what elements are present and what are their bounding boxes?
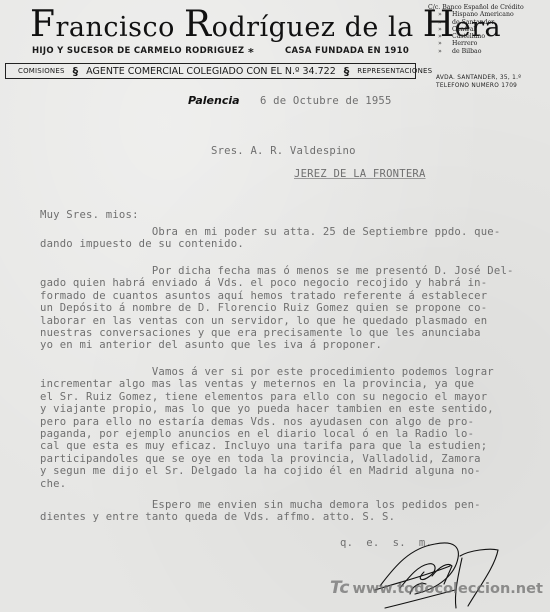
letter-line: el Sr. Ruiz Gomez, tiene elementos para … xyxy=(40,391,550,403)
name-initial-r: R xyxy=(184,4,212,45)
letter-line: nuestras conversaciones y que era precis… xyxy=(40,327,550,339)
name-part-1: rancisco xyxy=(55,12,183,43)
bank-item: »de Bilbao xyxy=(428,48,546,55)
watermark: Tcwww.todocoleccion.net xyxy=(330,578,543,598)
letter-line: Obra en mi poder su atta. 25 de Septiemb… xyxy=(40,226,550,238)
letter-line: formado de cuantos asuntos aquí hemos tr… xyxy=(40,290,550,302)
letter-line: Por dicha fecha mas ó menos se me presen… xyxy=(40,265,550,277)
bank-item: »Herrero xyxy=(428,40,546,47)
letter-line: che. xyxy=(40,478,550,490)
bank-accounts-list: C/c. Banco Español de Crédito »Hispano A… xyxy=(428,4,546,55)
letter-line: pero para ello no estaría demas Vds. nos… xyxy=(40,416,550,428)
letter-line: yo en mi anterior del asunto que les iva… xyxy=(40,339,550,351)
name-initial-f: F xyxy=(30,4,55,45)
letter-recipient-city: JEREZ DE LA FRONTERA xyxy=(294,168,426,180)
bank-heading: C/c. Banco Español de Crédito xyxy=(428,4,546,11)
letter-line: un Depósito á nombre de D. Florencio Rui… xyxy=(40,302,550,314)
letter-paragraph-2: Por dicha fecha mas ó menos se me presen… xyxy=(40,265,550,352)
bank-item: »de Santander xyxy=(428,19,546,26)
box-right-label: REPRESENTACIONES xyxy=(357,67,432,75)
letter-paragraph-3: Vamos á ver si por este procedimiento po… xyxy=(40,366,550,490)
letter-page: Francisco Rodríguez de la Hera HIJO Y SU… xyxy=(0,0,550,612)
handwritten-signature xyxy=(340,536,510,612)
ornament-icon: § xyxy=(73,66,79,77)
letter-place: Palencia xyxy=(188,94,240,107)
address-street: AVDA. SANTANDER, 35, 1.º xyxy=(436,74,521,82)
letter-line: cal que esta es muy eficaz. Incluyo una … xyxy=(40,440,550,452)
letter-salutation: Muy Sres. mios: xyxy=(40,209,139,221)
letter-line: paganda, por ejemplo anuncios en el diar… xyxy=(40,428,550,440)
asterisk-icon: * xyxy=(248,46,254,59)
bank-item: »Castellano xyxy=(428,33,546,40)
letter-line: Espero me envien sin mucha demora los pe… xyxy=(40,499,550,511)
letterhead-subtitle-right: CASA FUNDADA EN 1910 xyxy=(285,46,409,56)
box-left-label: COMISIONES xyxy=(18,67,65,75)
bank-item: »Hispano Americano xyxy=(428,11,546,18)
bank-item: »Central xyxy=(428,26,546,33)
letter-line: laborar en las ventas con un servidor, l… xyxy=(40,315,550,327)
letterhead-subtitle-left: HIJO Y SUCESOR DE CARMELO RODRIGUEZ xyxy=(32,46,244,56)
letter-line: dando impuesto de su contenido. xyxy=(40,238,550,250)
ornament-icon: § xyxy=(344,66,350,77)
letter-line: gado quien habrá enviado á Vds. el poco … xyxy=(40,277,550,289)
letter-line: dientes y entre tanto queda de Vds. affm… xyxy=(40,511,550,523)
address-phone: TELEFONO NUMERO 1709 xyxy=(436,82,521,90)
letter-line: y viajante propio, mas lo que yo pueda h… xyxy=(40,403,550,415)
todocoleccion-logo-icon: Tc xyxy=(330,578,349,598)
letter-paragraph-1: Obra en mi poder su atta. 25 de Septiemb… xyxy=(40,226,550,251)
letterhead-agent-box: COMISIONES § AGENTE COMERCIAL COLEGIADO … xyxy=(5,63,416,79)
letterhead-address: AVDA. SANTANDER, 35, 1.º TELEFONO NUMERO… xyxy=(436,74,521,90)
letter-line: y segun me dijo el Sr. Delgado la ha coj… xyxy=(40,465,550,477)
box-center-label: AGENTE COMERCIAL COLEGIADO CON EL N.º 34… xyxy=(86,66,336,77)
letter-date: 6 de Octubre de 1955 xyxy=(260,95,392,107)
watermark-url: www.todocoleccion.net xyxy=(352,581,542,597)
letter-recipient: Sres. A. R. Valdespino xyxy=(211,145,356,157)
letter-line: participandoles que se oye en toda la pr… xyxy=(40,453,550,465)
letter-line: incrementar algo mas las ventas y metern… xyxy=(40,378,550,390)
letter-line: Vamos á ver si por este procedimiento po… xyxy=(40,366,550,378)
letter-paragraph-4: Espero me envien sin mucha demora los pe… xyxy=(40,499,550,524)
name-part-2: odríguez de la xyxy=(212,12,423,43)
